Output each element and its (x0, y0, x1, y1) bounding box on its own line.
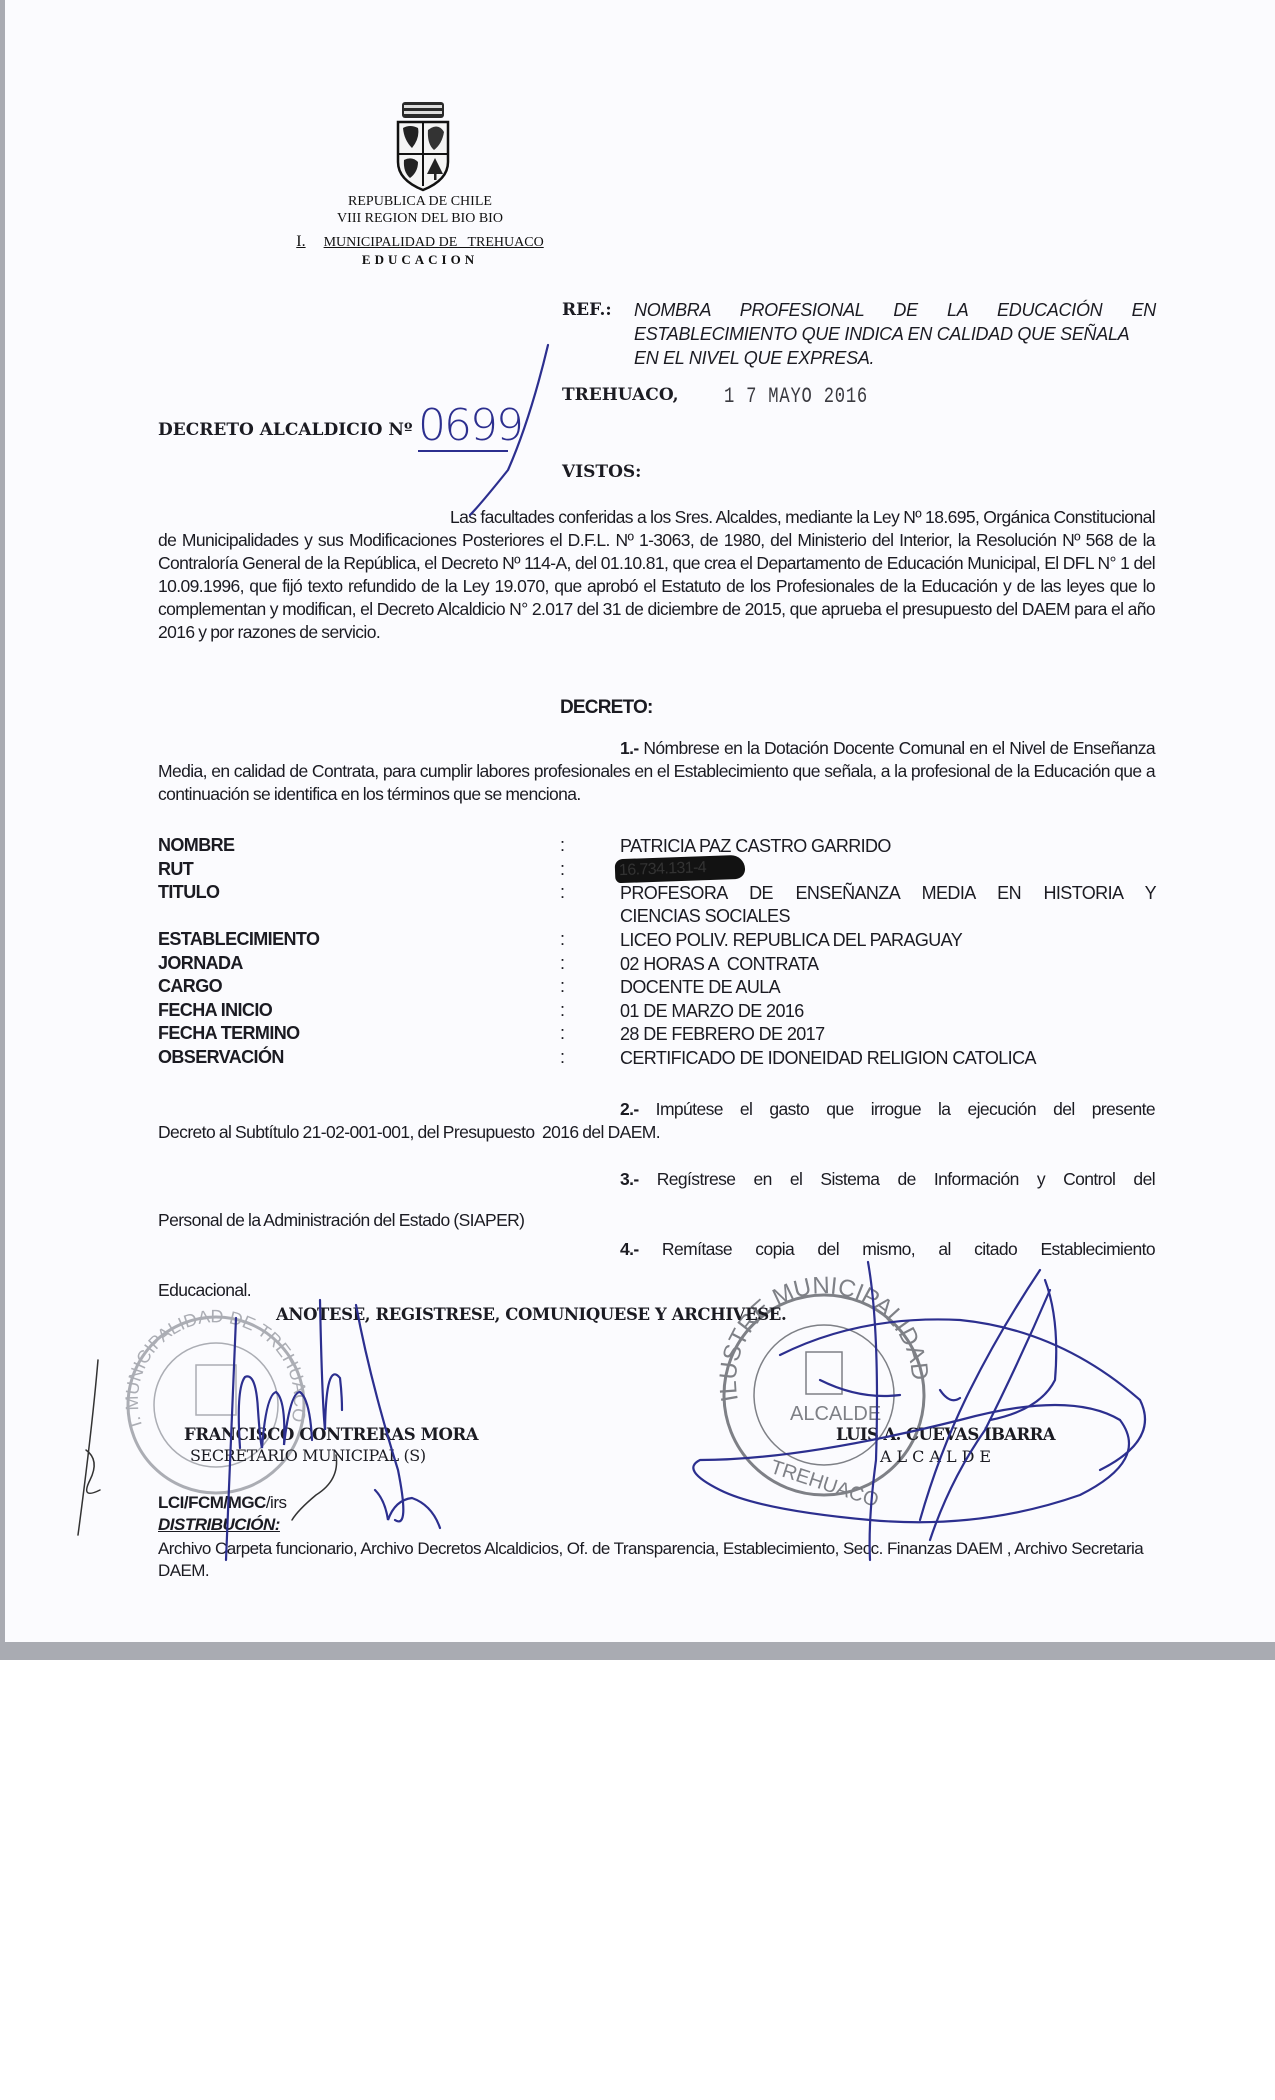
field-row-nombre: NOMBRE : PATRICIA PAZ CASTRO GARRIDO (158, 835, 1158, 859)
field-key: RUT (158, 859, 193, 880)
reference-text: NOMBRA PROFESIONAL DE LA EDUCACIÓN EN ES… (634, 298, 1156, 370)
field-key: JORNADA (158, 953, 243, 974)
article-3: 3.- Regístrese en el Sistema de Informac… (158, 1168, 1155, 1232)
municipal-crest-icon (390, 100, 456, 192)
secretary-title: SECRETARIO MUNICIPAL (S) (190, 1446, 426, 1465)
field-key: NOMBRE (158, 835, 234, 856)
decree-number-underline (418, 450, 508, 452)
field-row-titulo: TITULO : PROFESORA DE ENSEÑANZA MEDIA EN… (158, 882, 1158, 929)
mayor-title: ALCALDE (880, 1447, 996, 1466)
distribution-list: Archivo Carpeta funcionario, Archivo Dec… (158, 1538, 1158, 1582)
decree-number-handwritten: 0699 (418, 400, 522, 451)
field-row-observacion: OBSERVACIÓN : CERTIFICADO DE IDONEIDAD R… (158, 1047, 1158, 1071)
appointment-fields: NOMBRE : PATRICIA PAZ CASTRO GARRIDO RUT… (158, 835, 1158, 1070)
field-value: PROFESORA DE ENSEÑANZA MEDIA EN HISTORIA… (620, 882, 1156, 928)
article-4-line-1: 4.- Remítase copia del mismo, al citado … (158, 1238, 1155, 1261)
field-row-establecimiento: ESTABLECIMIENTO : LICEO POLIV. REPUBLICA… (158, 929, 1158, 953)
article-4-number: 4.- (620, 1239, 639, 1259)
field-value: DOCENTE DE AULA (620, 976, 1156, 999)
field-value-line-1: PROFESORA DE ENSEÑANZA MEDIA EN HISTORIA… (620, 882, 1156, 905)
reference-line-2: ESTABLECIMIENTO QUE INDICA EN CALIDAD QU… (634, 322, 1156, 346)
closing-formula: ANOTESE, REGISTRESE, COMUNIQUESE Y ARCHI… (276, 1305, 786, 1324)
article-3-text: Regístrese en el Sistema de Información … (639, 1169, 1155, 1189)
field-separator: : (560, 1023, 564, 1044)
article-3-number: 3.- (620, 1169, 639, 1189)
reference-line-3: EN EL NIVEL QUE EXPRESA. (634, 346, 1156, 370)
redacted-rut-value: 16.734.131-4 (615, 854, 746, 883)
field-row-cargo: CARGO : DOCENTE DE AULA (158, 976, 1158, 1000)
reference-label: REF.: (562, 300, 612, 320)
municipality-initial: I. (296, 233, 305, 250)
field-separator: : (560, 859, 564, 880)
vistos-heading: VISTOS: (562, 462, 641, 482)
article-2: 2.- Impútese el gasto que irrogue la eje… (158, 1098, 1155, 1144)
reference-line-1: NOMBRA PROFESIONAL DE LA EDUCACIÓN EN (634, 298, 1156, 322)
responsibility-initials: LCI/FCM/MGC/irs (158, 1493, 287, 1513)
distribution-heading: DISTRIBUCIÓN: (158, 1515, 280, 1535)
article-2-line-2: Decreto al Subtítulo 21-02-001-001, del … (158, 1122, 660, 1142)
field-value: 02 HORAS A CONTRATA (620, 953, 1156, 976)
field-value: LICEO POLIV. REPUBLICA DEL PARAGUAY (620, 929, 1156, 952)
field-value-line-2: CIENCIAS SOCIALES (620, 906, 790, 926)
field-key: OBSERVACIÓN (158, 1047, 284, 1068)
field-row-fecha-inicio: FECHA INICIO : 01 DE MARZO DE 2016 (158, 1000, 1158, 1024)
field-key: CARGO (158, 976, 222, 997)
article-1-number: 1.- (620, 738, 639, 758)
decree-number-label: DECRETO ALCALDICIO Nº (158, 420, 412, 440)
field-value: PATRICIA PAZ CASTRO GARRIDO (620, 835, 1156, 858)
article-1: 1.- Nómbrese en la Dotación Docente Comu… (158, 737, 1155, 806)
field-key: ESTABLECIMIENTO (158, 929, 319, 950)
article-4: 4.- Remítase copia del mismo, al citado … (158, 1238, 1155, 1302)
vistos-body: Las facultades conferidas a los Sres. Al… (158, 506, 1155, 644)
field-separator: : (560, 953, 564, 974)
header-municipality: I.MUNICIPALIDAD DE TREHUACO (240, 233, 600, 251)
article-2-text: Impútese el gasto que irrogue la ejecuci… (639, 1099, 1155, 1119)
field-separator: : (560, 1047, 564, 1068)
article-4-text: Remítase copia del mismo, al citado Esta… (639, 1239, 1155, 1259)
field-row-rut: RUT : 16.734.131-4 (158, 859, 1158, 883)
initials-rest: /irs (266, 1493, 287, 1512)
article-3-line-1: 3.- Regístrese en el Sistema de Informac… (158, 1168, 1155, 1191)
secretary-name: FRANCISCO CONTRERAS MORA (184, 1425, 478, 1444)
header-region: VIII REGION DEL BIO BIO (240, 211, 600, 227)
field-separator: : (560, 835, 564, 856)
stamped-date: 1 7 MAYO 2016 (724, 384, 868, 409)
article-1-text: Nómbrese en la Dotación Docente Comunal … (158, 738, 1155, 804)
field-value: 01 DE MARZO DE 2016 (620, 1000, 1156, 1023)
place-label: TREHUACO, (562, 385, 679, 405)
article-2-line-1: 2.- Impútese el gasto que irrogue la eje… (158, 1098, 1155, 1121)
field-value: 28 DE FEBRERO DE 2017 (620, 1023, 1156, 1046)
header-country: REPUBLICA DE CHILE (240, 194, 600, 210)
field-key: FECHA INICIO (158, 1000, 272, 1021)
article-3-line-2: Personal de la Administración del Estado… (158, 1209, 1155, 1232)
article-4-line-2: Educacional. (158, 1279, 1155, 1302)
field-row-fecha-termino: FECHA TERMINO : 28 DE FEBRERO DE 2017 (158, 1023, 1158, 1047)
decreto-heading: DECRETO: (560, 697, 652, 719)
mayor-name: LUIS A. CUEVAS IBARRA (836, 1425, 1055, 1444)
field-separator: : (560, 929, 564, 950)
field-separator: : (560, 1000, 564, 1021)
field-value: CERTIFICADO DE IDONEIDAD RELIGION CATOLI… (620, 1047, 1156, 1070)
article-2-number: 2.- (620, 1099, 639, 1119)
field-key: TITULO (158, 882, 219, 903)
header-department: EDUCACION (240, 252, 600, 268)
field-key: FECHA TERMINO (158, 1023, 300, 1044)
field-separator: : (560, 976, 564, 997)
field-row-jornada: JORNADA : 02 HORAS A CONTRATA (158, 953, 1158, 977)
initials-bold: LCI/FCM/MGC (158, 1493, 266, 1512)
document-page (5, 0, 1275, 1642)
field-separator: : (560, 882, 564, 903)
municipality-name: MUNICIPALIDAD DE TREHUACO (324, 235, 544, 250)
